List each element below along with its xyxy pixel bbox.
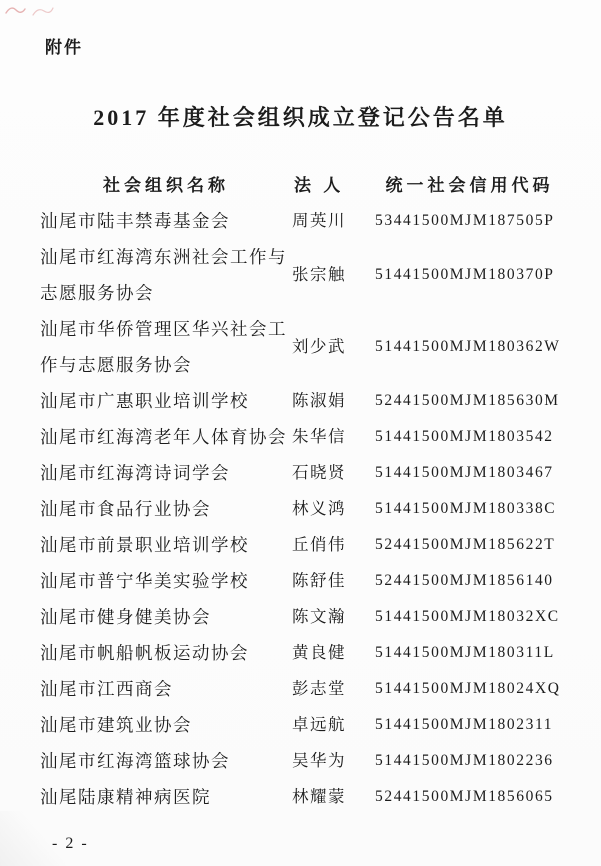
org-name-cell: 汕尾市健身健美协会 (40, 599, 292, 635)
credit-code-cell: 51441500MJM1802236 (375, 743, 562, 779)
table-row: 汕尾市红海湾诗词学会 石晓贤 51441500MJM1803467 (40, 455, 562, 491)
legal-person-cell: 周英川 (292, 203, 375, 239)
legal-person-cell: 丘俏伟 (292, 527, 375, 563)
org-registration-table: 社会组织名称 法 人 统一社会信用代码 汕尾市陆丰禁毒基金会 周英川 53441… (40, 171, 562, 815)
table-header-row: 社会组织名称 法 人 统一社会信用代码 (40, 171, 562, 196)
table-row: 汕尾市食品行业协会 林义鸿 51441500MJM180338C (40, 491, 562, 527)
credit-code-cell: 52441500MJM1856140 (375, 563, 562, 599)
credit-code-cell: 51441500MJM18032XC (375, 599, 562, 635)
org-name-cell: 汕尾市广惠职业培训学校 (40, 383, 292, 419)
credit-code-cell: 51441500MJM1803467 (375, 455, 562, 491)
header-legal-person: 法 人 (292, 171, 377, 196)
table-row: 汕尾市普宁华美实验学校 陈舒佳 52441500MJM1856140 (40, 563, 562, 599)
page-title: 2017 年度社会组织成立登记公告名单 (0, 101, 601, 132)
credit-code-cell: 52441500MJM185630M (375, 383, 562, 419)
table-row: 汕尾市广惠职业培训学校 陈淑娟 52441500MJM185630M (40, 383, 562, 419)
org-name-cell: 汕尾陆康精神病医院 (40, 779, 292, 815)
org-name-cell: 汕尾市建筑业协会 (40, 707, 292, 743)
org-name-cell: 汕尾市红海湾诗词学会 (40, 455, 292, 491)
table-row: 汕尾市健身健美协会 陈文瀚 51441500MJM18032XC (40, 599, 562, 635)
credit-code-cell: 51441500MJM180370P (375, 257, 562, 293)
legal-person-cell: 吴华为 (292, 743, 375, 779)
credit-code-cell: 52441500MJM1856065 (375, 779, 562, 815)
org-name-cell: 汕尾市普宁华美实验学校 (40, 563, 292, 599)
table-row: 汕尾市陆丰禁毒基金会 周英川 53441500MJM187505P (40, 203, 562, 239)
table-row: 汕尾市红海湾老年人体育协会 朱华信 51441500MJM1803542 (40, 419, 562, 455)
org-name-cell: 汕尾市红海湾东洲社会工作与志愿服务协会 (40, 239, 292, 311)
table-row: 汕尾市江西商会 彭志堂 51441500MJM18024XQ (40, 671, 562, 707)
legal-person-cell: 黄良健 (292, 635, 375, 671)
red-pen-scribble-mark (3, 1, 55, 21)
credit-code-cell: 51441500MJM1802311 (375, 707, 562, 743)
credit-code-cell: 51441500MJM18024XQ (375, 671, 562, 707)
org-name-cell: 汕尾市华侨管理区华兴社会工作与志愿服务协会 (40, 311, 292, 383)
credit-code-cell: 52441500MJM185622T (375, 527, 562, 563)
legal-person-cell: 朱华信 (292, 419, 375, 455)
table-row: 汕尾市华侨管理区华兴社会工作与志愿服务协会 刘少武 51441500MJM180… (40, 311, 562, 383)
table-row: 汕尾陆康精神病医院 林耀蒙 52441500MJM1856065 (40, 779, 562, 815)
table-row: 汕尾市帆船帆板运动协会 黄良健 51441500MJM180311L (40, 635, 562, 671)
credit-code-cell: 51441500MJM180338C (375, 491, 562, 527)
header-credit-code: 统一社会信用代码 (377, 171, 562, 196)
org-name-cell: 汕尾市前景职业培训学校 (40, 527, 292, 563)
org-name-cell: 汕尾市食品行业协会 (40, 491, 292, 527)
table-row: 汕尾市前景职业培训学校 丘俏伟 52441500MJM185622T (40, 527, 562, 563)
org-name-cell: 汕尾市江西商会 (40, 671, 292, 707)
credit-code-cell: 51441500MJM180311L (375, 635, 562, 671)
legal-person-cell: 林义鸿 (292, 491, 375, 527)
table-row: 汕尾市红海湾东洲社会工作与志愿服务协会 张宗触 51441500MJM18037… (40, 239, 562, 311)
legal-person-cell: 陈淑娟 (292, 383, 375, 419)
table-body: 汕尾市陆丰禁毒基金会 周英川 53441500MJM187505P 汕尾市红海湾… (40, 203, 562, 815)
legal-person-cell: 林耀蒙 (292, 779, 375, 815)
legal-person-cell: 彭志堂 (292, 671, 375, 707)
attachment-label: 附件 (45, 33, 83, 58)
org-name-cell: 汕尾市红海湾老年人体育协会 (40, 419, 292, 455)
page-number: - 2 - (52, 835, 89, 853)
header-org-name: 社会组织名称 (40, 171, 292, 196)
legal-person-cell: 石晓贤 (292, 455, 375, 491)
org-name-cell: 汕尾市红海湾篮球协会 (40, 743, 292, 779)
document-page: 附件 2017 年度社会组织成立登记公告名单 社会组织名称 法 人 统一社会信用… (0, 0, 601, 866)
legal-person-cell: 卓远航 (292, 707, 375, 743)
org-name-cell: 汕尾市陆丰禁毒基金会 (40, 203, 292, 239)
credit-code-cell: 53441500MJM187505P (375, 203, 562, 239)
credit-code-cell: 51441500MJM180362W (375, 329, 562, 365)
legal-person-cell: 陈文瀚 (292, 599, 375, 635)
legal-person-cell: 张宗触 (292, 257, 375, 293)
legal-person-cell: 刘少武 (292, 329, 375, 365)
legal-person-cell: 陈舒佳 (292, 563, 375, 599)
credit-code-cell: 51441500MJM1803542 (375, 419, 562, 455)
table-row: 汕尾市红海湾篮球协会 吴华为 51441500MJM1802236 (40, 743, 562, 779)
table-row: 汕尾市建筑业协会 卓远航 51441500MJM1802311 (40, 707, 562, 743)
org-name-cell: 汕尾市帆船帆板运动协会 (40, 635, 292, 671)
